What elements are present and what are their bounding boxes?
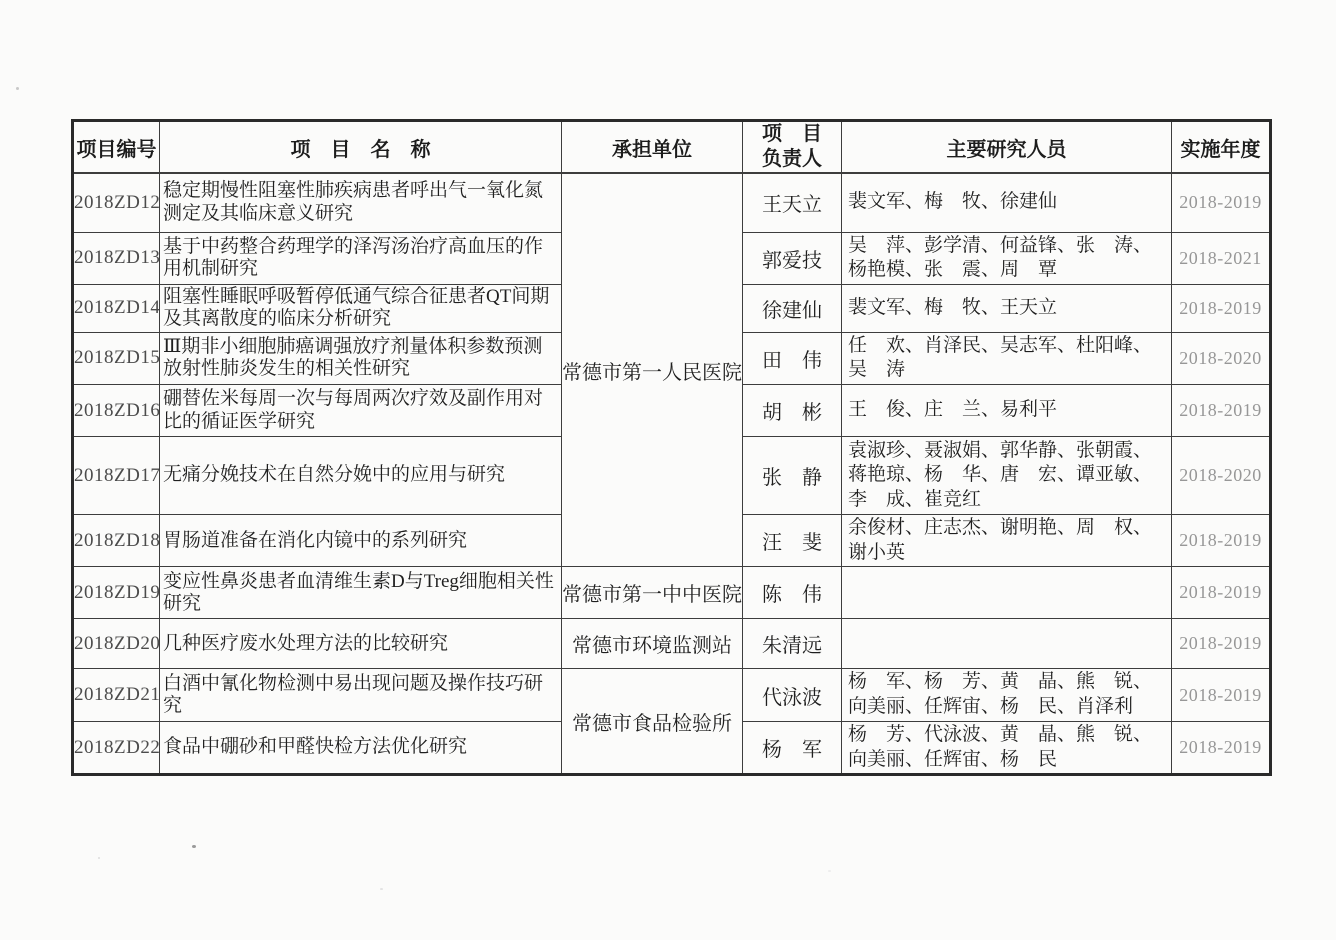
project-name-cell: 几种医疗废水处理方法的比较研究 <box>160 619 562 669</box>
years-cell: 2018-2020 <box>1172 437 1271 515</box>
years-cell: 2018-2019 <box>1172 619 1271 669</box>
project-code-cell: 2018ZD14 <box>73 284 160 332</box>
header-project-name: 项 目 名 称 <box>160 121 562 174</box>
leader-cell: 杨 军 <box>743 721 842 774</box>
years-cell: 2018-2019 <box>1172 173 1271 232</box>
table-row: 2018ZD12 稳定期慢性阻塞性肺疾病患者呼出气一氧化氮测定及其临床意义研究 … <box>73 173 1271 232</box>
researchers-cell: 王 俊、庄 兰、易利平 <box>842 385 1172 437</box>
years-cell: 2018-2019 <box>1172 721 1271 774</box>
table-row: 2018ZD21 白酒中氰化物检测中易出现问题及操作技巧研究 常德市食品检验所 … <box>73 669 1271 721</box>
project-name-cell: 基于中药整合药理学的泽泻汤治疗高血压的作用机制研究 <box>160 232 562 284</box>
project-code-cell: 2018ZD16 <box>73 385 160 437</box>
project-name-cell: 变应性鼻炎患者血清维生素D与Treg细胞相关性研究 <box>160 567 562 619</box>
scan-speck <box>98 857 100 859</box>
scan-speck <box>828 870 831 872</box>
table-row: 2018ZD19 变应性鼻炎患者血清维生素D与Treg细胞相关性研究 常德市第一… <box>73 567 1271 619</box>
researchers-cell <box>842 567 1172 619</box>
project-name-cell: 食品中硼砂和甲醛快检方法优化研究 <box>160 721 562 774</box>
header-row: 项目编号 项 目 名 称 承担单位 项 目 负责人 主要研究人员 实施年度 <box>73 121 1271 174</box>
years-cell: 2018-2019 <box>1172 515 1271 567</box>
leader-cell: 胡 彬 <box>743 385 842 437</box>
project-code-cell: 2018ZD15 <box>73 332 160 384</box>
years-cell: 2018-2020 <box>1172 332 1271 384</box>
leader-cell: 代泳波 <box>743 669 842 721</box>
project-code-cell: 2018ZD22 <box>73 721 160 774</box>
unit-cell: 常德市食品检验所 <box>562 669 743 775</box>
header-years: 实施年度 <box>1172 121 1271 174</box>
leader-cell: 王天立 <box>743 173 842 232</box>
project-name-cell: 白酒中氰化物检测中易出现问题及操作技巧研究 <box>160 669 562 721</box>
leader-cell: 郭爱技 <box>743 232 842 284</box>
researchers-cell: 余俊材、庄志杰、谢明艳、周 权、谢小英 <box>842 515 1172 567</box>
leader-cell: 汪 斐 <box>743 515 842 567</box>
table-row: 2018ZD20 几种医疗废水处理方法的比较研究 常德市环境监测站 朱清远 20… <box>73 619 1271 669</box>
unit-cell: 常德市第一人民医院 <box>562 173 743 567</box>
leader-cell: 田 伟 <box>743 332 842 384</box>
project-name-cell: Ⅲ期非小细胞肺癌调强放疗剂量体积参数预测放射性肺炎发生的相关性研究 <box>160 332 562 384</box>
researchers-cell <box>842 619 1172 669</box>
researchers-cell: 裴文军、梅 牧、王天立 <box>842 284 1172 332</box>
project-code-cell: 2018ZD13 <box>73 232 160 284</box>
unit-cell: 常德市第一中中医院 <box>562 567 743 619</box>
scan-speck <box>380 888 383 890</box>
project-code-cell: 2018ZD19 <box>73 567 160 619</box>
header-researchers: 主要研究人员 <box>842 121 1172 174</box>
project-code-cell: 2018ZD17 <box>73 437 160 515</box>
years-cell: 2018-2021 <box>1172 232 1271 284</box>
researchers-cell: 裴文军、梅 牧、徐建仙 <box>842 173 1172 232</box>
leader-cell: 张 静 <box>743 437 842 515</box>
project-code-cell: 2018ZD20 <box>73 619 160 669</box>
unit-cell: 常德市环境监测站 <box>562 619 743 669</box>
header-project-code: 项目编号 <box>73 121 160 174</box>
leader-cell: 朱清远 <box>743 619 842 669</box>
researchers-cell: 任 欢、肖泽民、吴志军、杜阳峰、吴 涛 <box>842 332 1172 384</box>
project-name-cell: 硼替佐米每周一次与每周两次疗效及副作用对比的循证医学研究 <box>160 385 562 437</box>
leader-cell: 陈 伟 <box>743 567 842 619</box>
years-cell: 2018-2019 <box>1172 567 1271 619</box>
researchers-cell: 袁淑珍、聂淑娟、郭华静、张朝霞、蒋艳琼、杨 华、唐 宏、谭亚敏、李 成、崔竞红 <box>842 437 1172 515</box>
scan-speck <box>16 87 19 90</box>
years-cell: 2018-2019 <box>1172 669 1271 721</box>
researchers-cell: 杨 军、杨 芳、黄 晶、熊 锐、向美丽、任辉宙、杨 民、肖泽利 <box>842 669 1172 721</box>
project-code-cell: 2018ZD12 <box>73 173 160 232</box>
years-cell: 2018-2019 <box>1172 385 1271 437</box>
project-name-cell: 胃肠道准备在消化内镜中的系列研究 <box>160 515 562 567</box>
researchers-cell: 吴 萍、彭学清、何益锋、张 涛、杨艳模、张 震、周 覃 <box>842 232 1172 284</box>
project-name-cell: 无痛分娩技术在自然分娩中的应用与研究 <box>160 437 562 515</box>
project-name-cell: 稳定期慢性阻塞性肺疾病患者呼出气一氧化氮测定及其临床意义研究 <box>160 173 562 232</box>
project-name-cell: 阻塞性睡眠呼吸暂停低通气综合征患者QT间期及其离散度的临床分析研究 <box>160 284 562 332</box>
leader-cell: 徐建仙 <box>743 284 842 332</box>
project-code-cell: 2018ZD18 <box>73 515 160 567</box>
years-cell: 2018-2019 <box>1172 284 1271 332</box>
projects-table: 项目编号 项 目 名 称 承担单位 项 目 负责人 主要研究人员 实施年度 20… <box>71 119 1272 776</box>
researchers-cell: 杨 芳、代泳波、黄 晶、熊 锐、向美丽、任辉宙、杨 民 <box>842 721 1172 774</box>
scan-speck <box>192 845 196 848</box>
project-code-cell: 2018ZD21 <box>73 669 160 721</box>
header-unit: 承担单位 <box>562 121 743 174</box>
scanned-document-page: 项目编号 项 目 名 称 承担单位 项 目 负责人 主要研究人员 实施年度 20… <box>0 0 1336 940</box>
header-leader: 项 目 负责人 <box>743 121 842 174</box>
